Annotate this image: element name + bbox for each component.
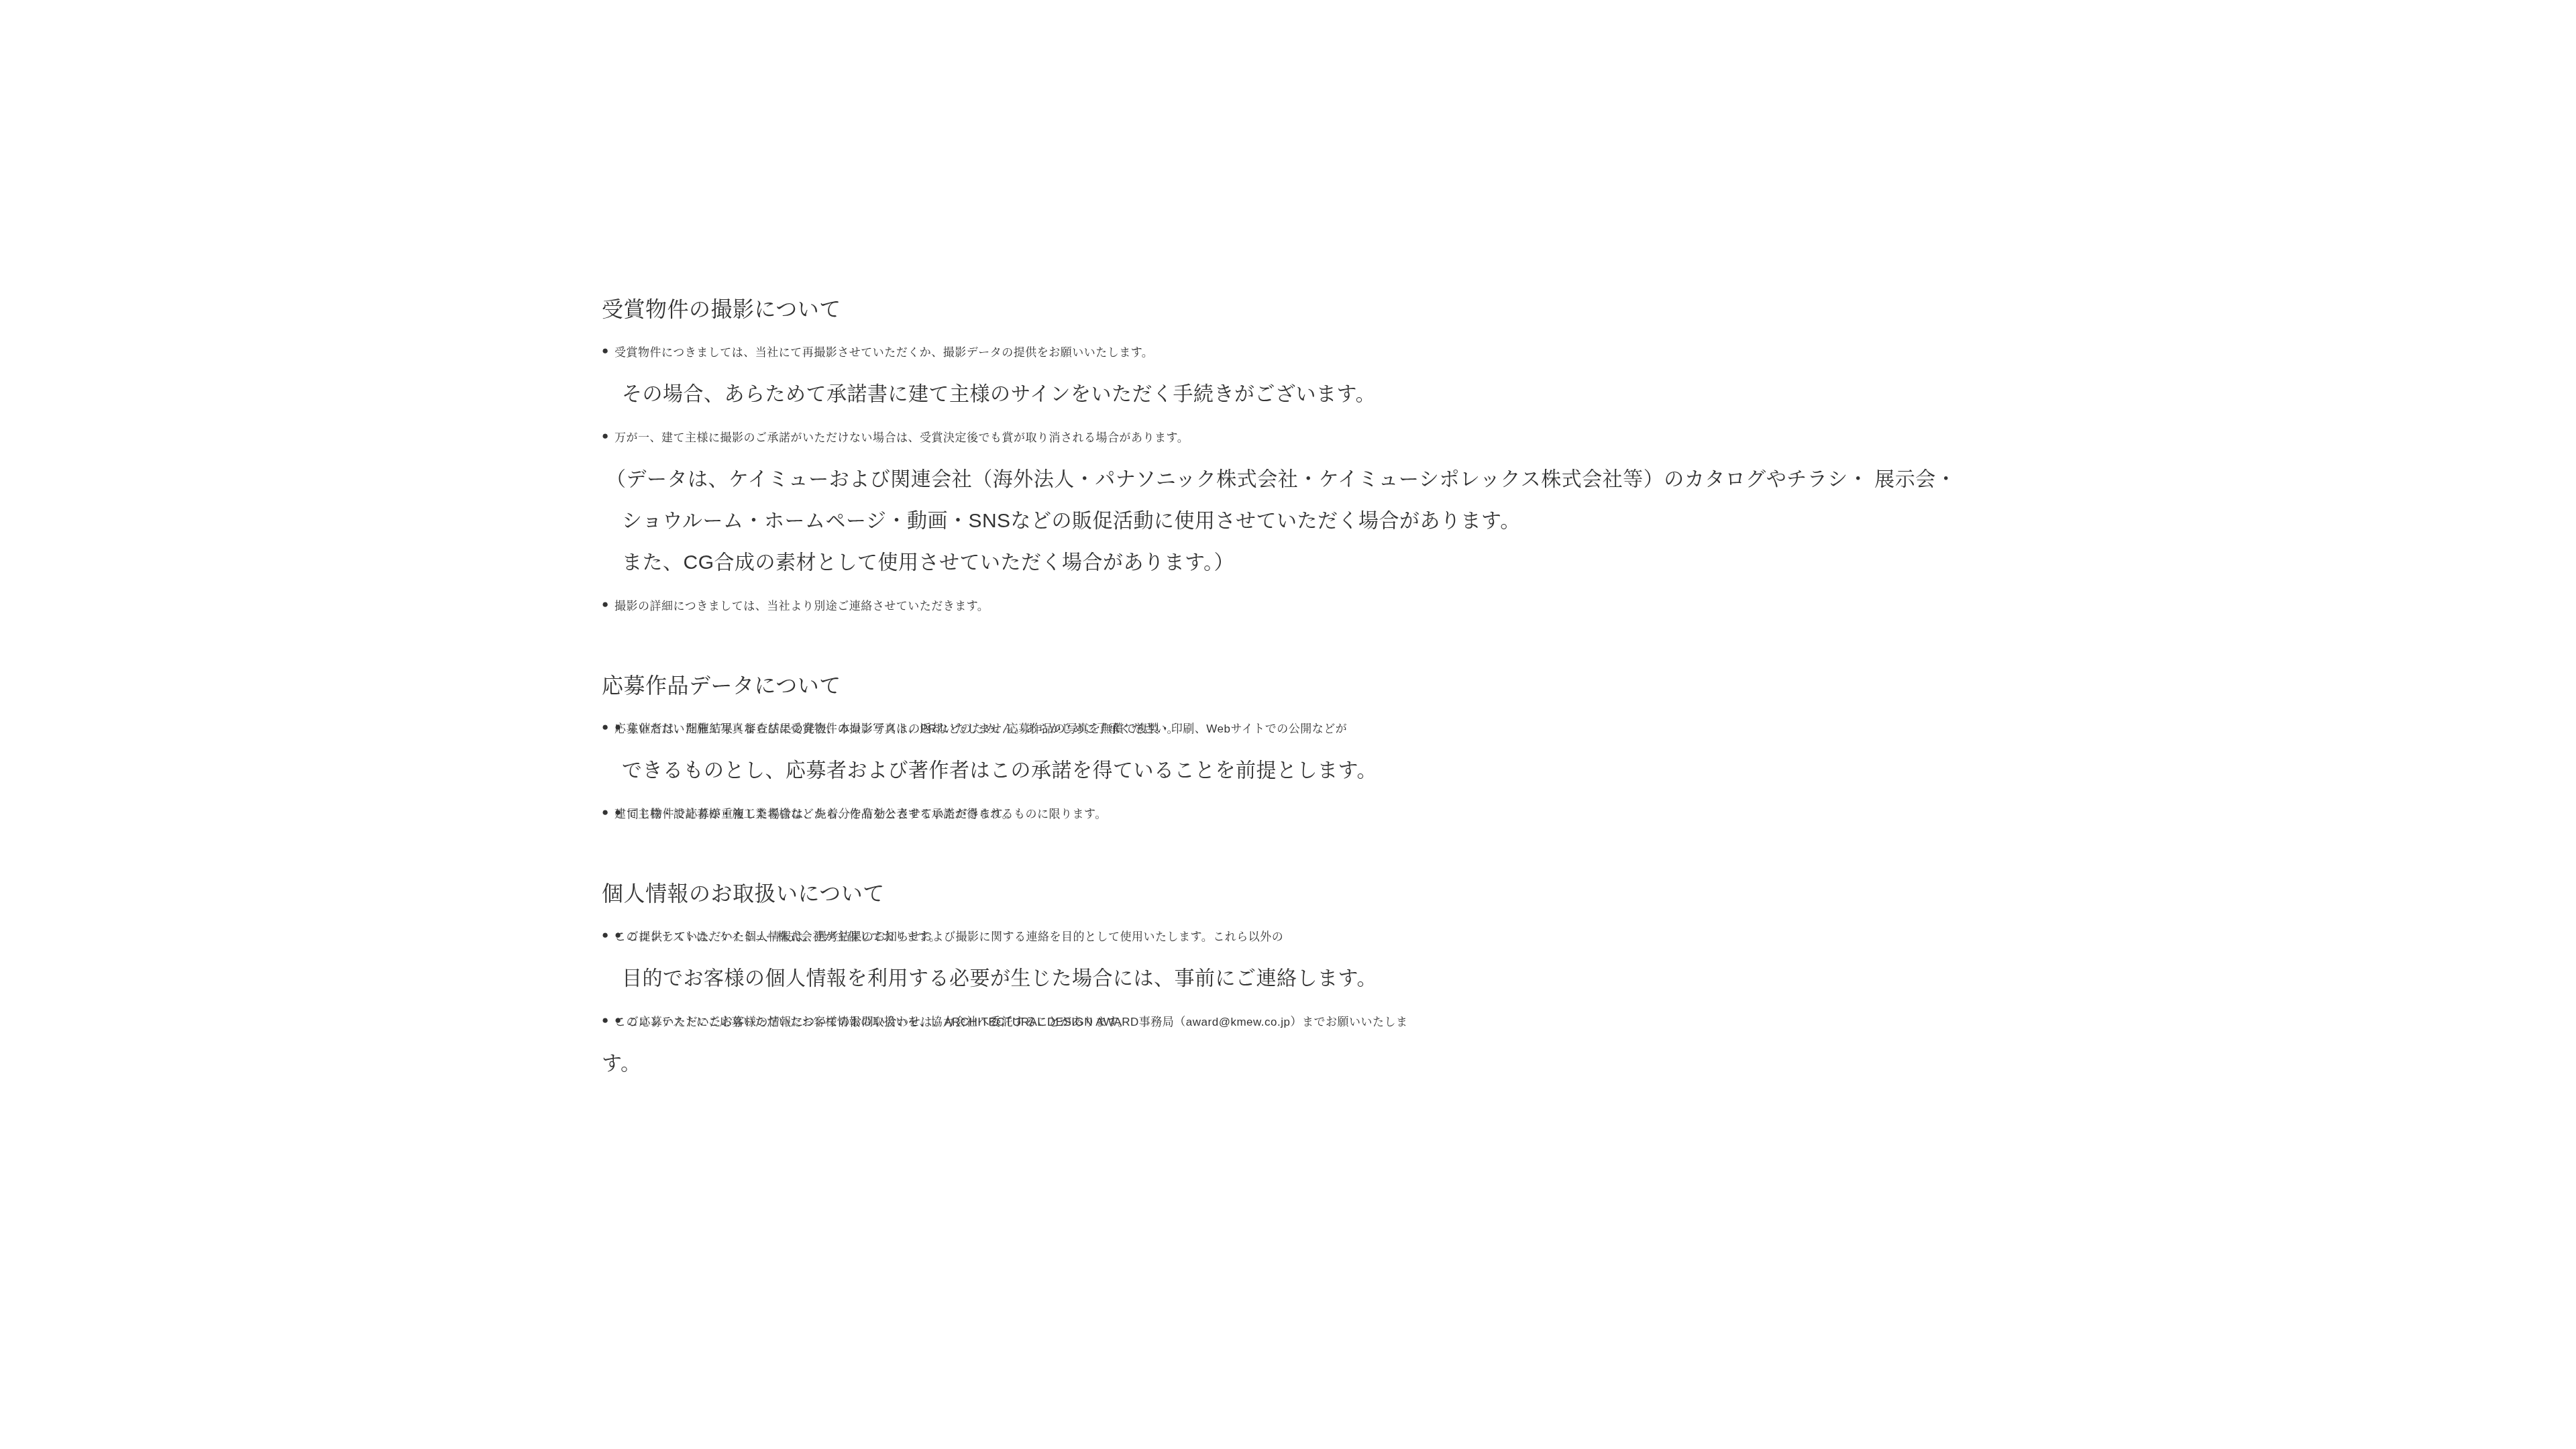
section: 受賞物件の撮影について●受賞物件につきましては、当社にて再撮影させていただくか、…: [602, 288, 1956, 627]
bullet-icon: ●: [602, 584, 614, 625]
line-text: ご応募いただいたお客様の情報についてのお問い合わせは、ARCHITECTURAL…: [627, 1016, 1408, 1028]
bullet-icon: ●: [602, 706, 614, 748]
bullet-icon: ●: [602, 792, 614, 833]
document-content: 受賞物件の撮影について●受賞物件につきましては、当社にて再撮影させていただくか、…: [602, 288, 1956, 1085]
text-line: ショウルーム・ホームページ・動画・SNSなどの販促活動に使用させていただく場合が…: [602, 500, 1956, 542]
text-line: また、CG合成の素材として使用させていただく場合があります。）: [602, 542, 1956, 584]
line-text: 万が一、建て主様に撮影のご承諾がいただけない場合は、受賞決定後でも賞が取り消され…: [614, 431, 1189, 444]
bullet-icon: ●: [614, 792, 627, 833]
bullet-icon: ●: [614, 1000, 627, 1041]
line-text: 主催者は、開催結果・審査結果の発表、本コンテストのPRなどのため、応募作品の写真…: [627, 722, 1347, 735]
bullet-icon: ●: [602, 415, 614, 457]
text-line: ●このコンテストにご応募いただいたお客様情報の取扱いを、協力会社へ委託することが…: [602, 1000, 614, 1043]
text-line: ●ご提供していただいた個人情報は、選考結果のお知らせおよび撮影に関する連絡を目的…: [614, 914, 627, 958]
text-line: ●このコンテストは、ケイミュー株式会社が主催しております。: [602, 914, 614, 958]
text-line: ●主催者は、開催結果・審査結果の発表、本コンテストのPRなどのため、応募作品の写…: [614, 706, 627, 750]
section: 個人情報のお取扱いについて●このコンテストは、ケイミュー株式会社が主催しておりま…: [602, 873, 1956, 1085]
line-text: できるものとし、応募者および著作者はこの承諾を得ていることを前提とします。: [622, 759, 1377, 782]
line-text: 同じ物件で応募が重複した場合は、先着分を有効とさせていただきます。: [627, 808, 1014, 820]
bullet-icon: ●: [602, 330, 614, 372]
bullet-icon: ●: [602, 914, 614, 956]
line-text: その場合、あらためて承諾書に建て主様のサインをいただく手続きがございます。: [622, 383, 1376, 405]
text-line: （データは、ケイミューおよび関連会社（海外法人・パナソニック株式会社・ケイミュー…: [602, 459, 1956, 500]
bullet-icon: ●: [602, 1000, 614, 1041]
bullet-icon: ●: [614, 914, 627, 956]
text-line: ●万が一、建て主様に撮影のご承諾がいただけない場合は、受賞決定後でも賞が取り消さ…: [602, 415, 614, 459]
text-line: 目的でお客様の個人情報を利用する必要が生じた場合には、事前にご連絡します。: [602, 958, 1956, 1000]
text-line: ●ご応募いただいたお客様の情報についてのお問い合わせは、ARCHITECTURA…: [614, 1000, 627, 1043]
text-line: ●応募いただいた施工写真ならびに受賞物件の撮影写真は、返却いたしません。あらかじ…: [602, 706, 614, 750]
line-text: 受賞物件につきましては、当社にて再撮影させていただくか、撮影データの提供をお願い…: [614, 346, 1153, 359]
line-text: ご提供していただいた個人情報は、選考結果のお知らせおよび撮影に関する連絡を目的と…: [627, 930, 1283, 943]
section-title: 応募作品データについて: [602, 665, 1956, 706]
line-text: ショウルーム・ホームページ・動画・SNSなどの販促活動に使用させていただく場合が…: [622, 510, 1521, 532]
bullet-icon: ●: [614, 706, 627, 748]
text-line: ●受賞物件につきましては、当社にて再撮影させていただくか、撮影データの提供をお願…: [602, 330, 614, 374]
text-line: ●建て主様・設計者様・施工業者様などから、作品を公表する承諾が得られるものに限り…: [602, 792, 614, 835]
line-text: す。: [602, 1053, 641, 1075]
text-line: できるものとし、応募者および著作者はこの承諾を得ていることを前提とします。: [602, 750, 1956, 792]
text-line: す。: [602, 1043, 1956, 1085]
section: 応募作品データについて●応募いただいた施工写真ならびに受賞物件の撮影写真は、返却…: [602, 665, 1956, 835]
text-line: ●同じ物件で応募が重複した場合は、先着分を有効とさせていただきます。: [614, 792, 627, 835]
text-line: ●撮影の詳細につきましては、当社より別途ご連絡させていただきます。: [602, 584, 614, 627]
section-title: 受賞物件の撮影について: [602, 288, 1956, 330]
line-text: 撮影の詳細につきましては、当社より別途ご連絡させていただきます。: [614, 600, 989, 612]
line-text: また、CG合成の素材として使用させていただく場合があります。）: [622, 551, 1234, 574]
text-line: その場合、あらためて承諾書に建て主様のサインをいただく手続きがございます。: [602, 374, 1956, 415]
section-title: 個人情報のお取扱いについて: [602, 873, 1956, 914]
line-text: （データは、ケイミューおよび関連会社（海外法人・パナソニック株式会社・ケイミュー…: [606, 468, 1956, 490]
line-text: 目的でお客様の個人情報を利用する必要が生じた場合には、事前にご連絡します。: [622, 967, 1377, 989]
